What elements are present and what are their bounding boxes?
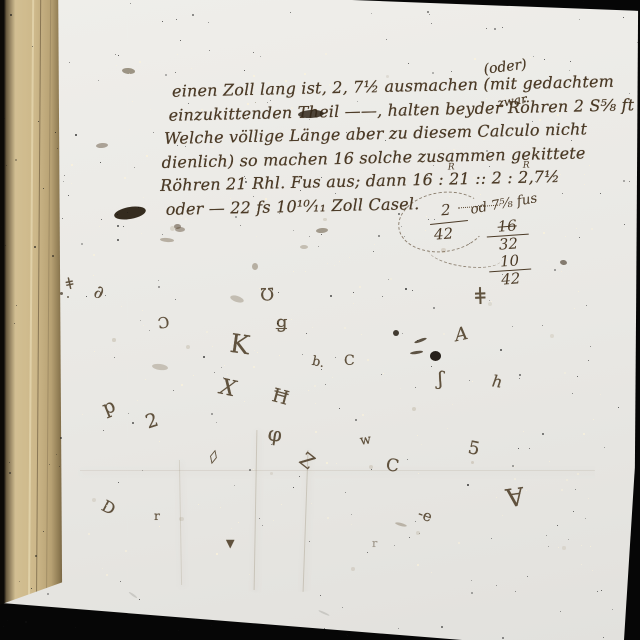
paper-crease bbox=[80, 470, 600, 471]
proportion-superscript: R bbox=[448, 162, 455, 172]
binding-fold-highlight bbox=[28, 0, 34, 630]
noise-dot bbox=[347, 635, 348, 636]
paper-crease bbox=[179, 460, 182, 585]
binding-fold-shadow bbox=[46, 0, 51, 630]
paper-crease bbox=[254, 430, 258, 590]
calc-fraction-numerator: 2 bbox=[440, 201, 451, 220]
noise-dot bbox=[75, 627, 76, 628]
noise-dot bbox=[636, 453, 637, 454]
calc-sum-row: 42 bbox=[489, 268, 532, 289]
noise-dot bbox=[3, 626, 4, 627]
noise-dot bbox=[195, 619, 196, 620]
noise-dot bbox=[211, 625, 212, 626]
noise-dot bbox=[25, 621, 27, 623]
calc-sum-column: 16 32 10 42 bbox=[486, 217, 533, 290]
manuscript-scan: einen Zoll lang ist, 2, 7½ ausmachen (mi… bbox=[0, 0, 640, 640]
calc-fraction-denominator: 42 bbox=[433, 224, 453, 243]
noise-dot bbox=[178, 630, 179, 631]
proportion-superscript: R bbox=[523, 161, 530, 171]
noise-dot bbox=[583, 1, 584, 2]
noise-dot bbox=[346, 634, 347, 635]
paper-crease bbox=[302, 450, 308, 595]
binding-fold-line bbox=[36, 0, 41, 630]
noise-dot bbox=[7, 620, 8, 621]
